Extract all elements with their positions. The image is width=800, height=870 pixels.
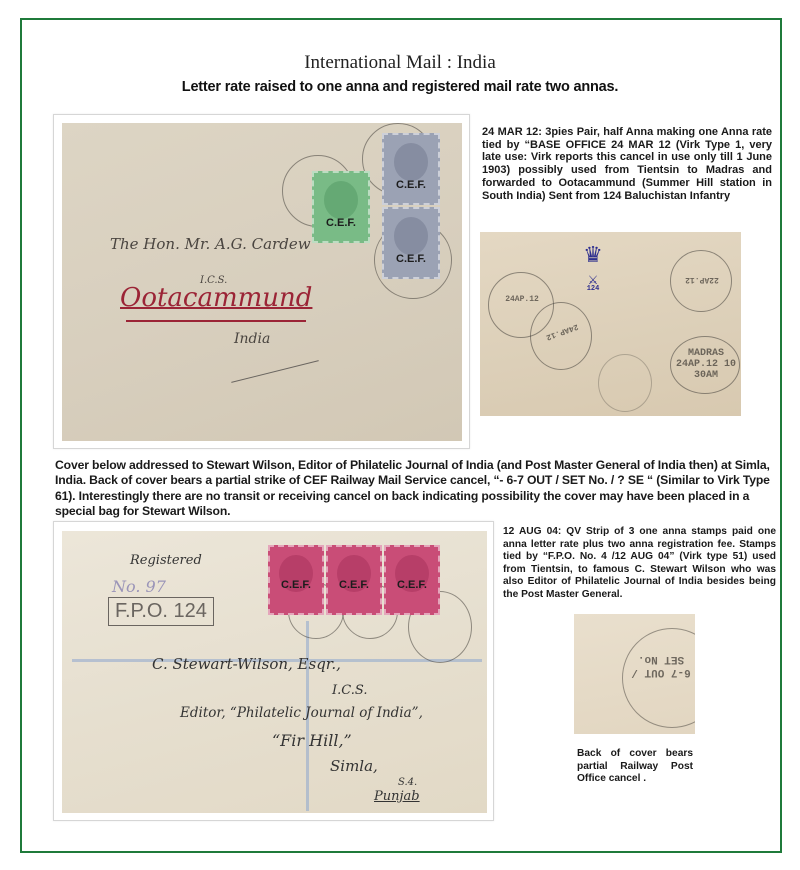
stamp-grey-3-pies: C.E.F. — [382, 133, 440, 205]
stamp-overprint: C.E.F. — [397, 579, 427, 591]
address-line: Simla, — [330, 757, 378, 775]
cover-2-back-image: 6-7 OUT / SET No. — [574, 614, 695, 734]
crest-label: 124 — [568, 284, 618, 295]
address-line: The Hon. Mr. A.G. Cardew — [110, 235, 311, 253]
cover-1-description: 24 MAR 12: 3pies Pair, half Anna making … — [482, 126, 772, 202]
cover-2-back-caption: Back of cover bears partial Railway Post… — [577, 748, 693, 786]
stamp-overprint: C.E.F. — [281, 579, 311, 591]
stamp-portrait — [394, 143, 429, 181]
postmark-text: MADRAS 24AP.12 10 30AM — [666, 348, 741, 381]
stamp-overprint: C.E.F. — [396, 253, 426, 265]
address-line: Editor, “Philatelic Journal of India”, — [180, 705, 423, 721]
stamp-green-half-anna: C.E.F. — [312, 171, 370, 243]
address-line: S.4. — [398, 777, 417, 788]
stamp-portrait — [324, 181, 359, 219]
stamp-portrait — [394, 217, 429, 255]
railway-postmark-text: 6-7 OUT / SET No. — [626, 652, 695, 678]
stamp-grey-3-pies: C.E.F. — [382, 207, 440, 279]
stamp-carmine-one-anna: C.E.F. — [384, 545, 440, 615]
cover-2-front-image: C.E.F. C.E.F. C.E.F. Registered No. 97 F… — [62, 531, 487, 813]
red-underline — [126, 320, 306, 322]
fpo-registration-box: F.P.O. 124 — [108, 597, 214, 626]
address-line: C. Stewart-Wilson, Esqr., — [152, 655, 341, 673]
address-line: I.C.S. — [332, 683, 367, 698]
cover-1-front-image: C.E.F. C.E.F. C.E.F. The Hon. Mr. A.G. C… — [62, 123, 462, 441]
address-line-destination: Ootacammund — [120, 283, 312, 313]
cover-2-description: Cover below addressed to Stewart Wilson,… — [55, 458, 785, 519]
stamp-overprint: C.E.F. — [396, 179, 426, 191]
pen-stroke — [231, 360, 319, 383]
registered-label: Registered — [130, 553, 202, 568]
page-title: International Mail : India — [0, 52, 800, 74]
address-line: India — [234, 331, 270, 347]
address-line: “Fir Hill,” — [272, 731, 352, 750]
railway-postmark — [622, 628, 695, 728]
stamp-overprint: C.E.F. — [326, 217, 356, 229]
cover-1-back-image: ♛⚔ 124 MADRAS 24AP.12 10 30AM 24AP.12 22… — [480, 232, 741, 416]
stamp-overprint: C.E.F. — [339, 579, 369, 591]
postmark-text: 24AP.12 — [494, 294, 550, 305]
registration-number: No. 97 — [112, 577, 166, 596]
postmark — [598, 354, 652, 412]
page-subtitle: Letter rate raised to one anna and regis… — [0, 79, 800, 95]
cover-2-detail-description: 12 AUG 04: QV Strip of 3 one anna stamps… — [503, 526, 776, 602]
stamp-carmine-one-anna: C.E.F. — [268, 545, 324, 615]
stamp-carmine-one-anna: C.E.F. — [326, 545, 382, 615]
postmark-text: 22AP.12 — [676, 274, 728, 285]
address-line: Punjab — [374, 789, 420, 804]
